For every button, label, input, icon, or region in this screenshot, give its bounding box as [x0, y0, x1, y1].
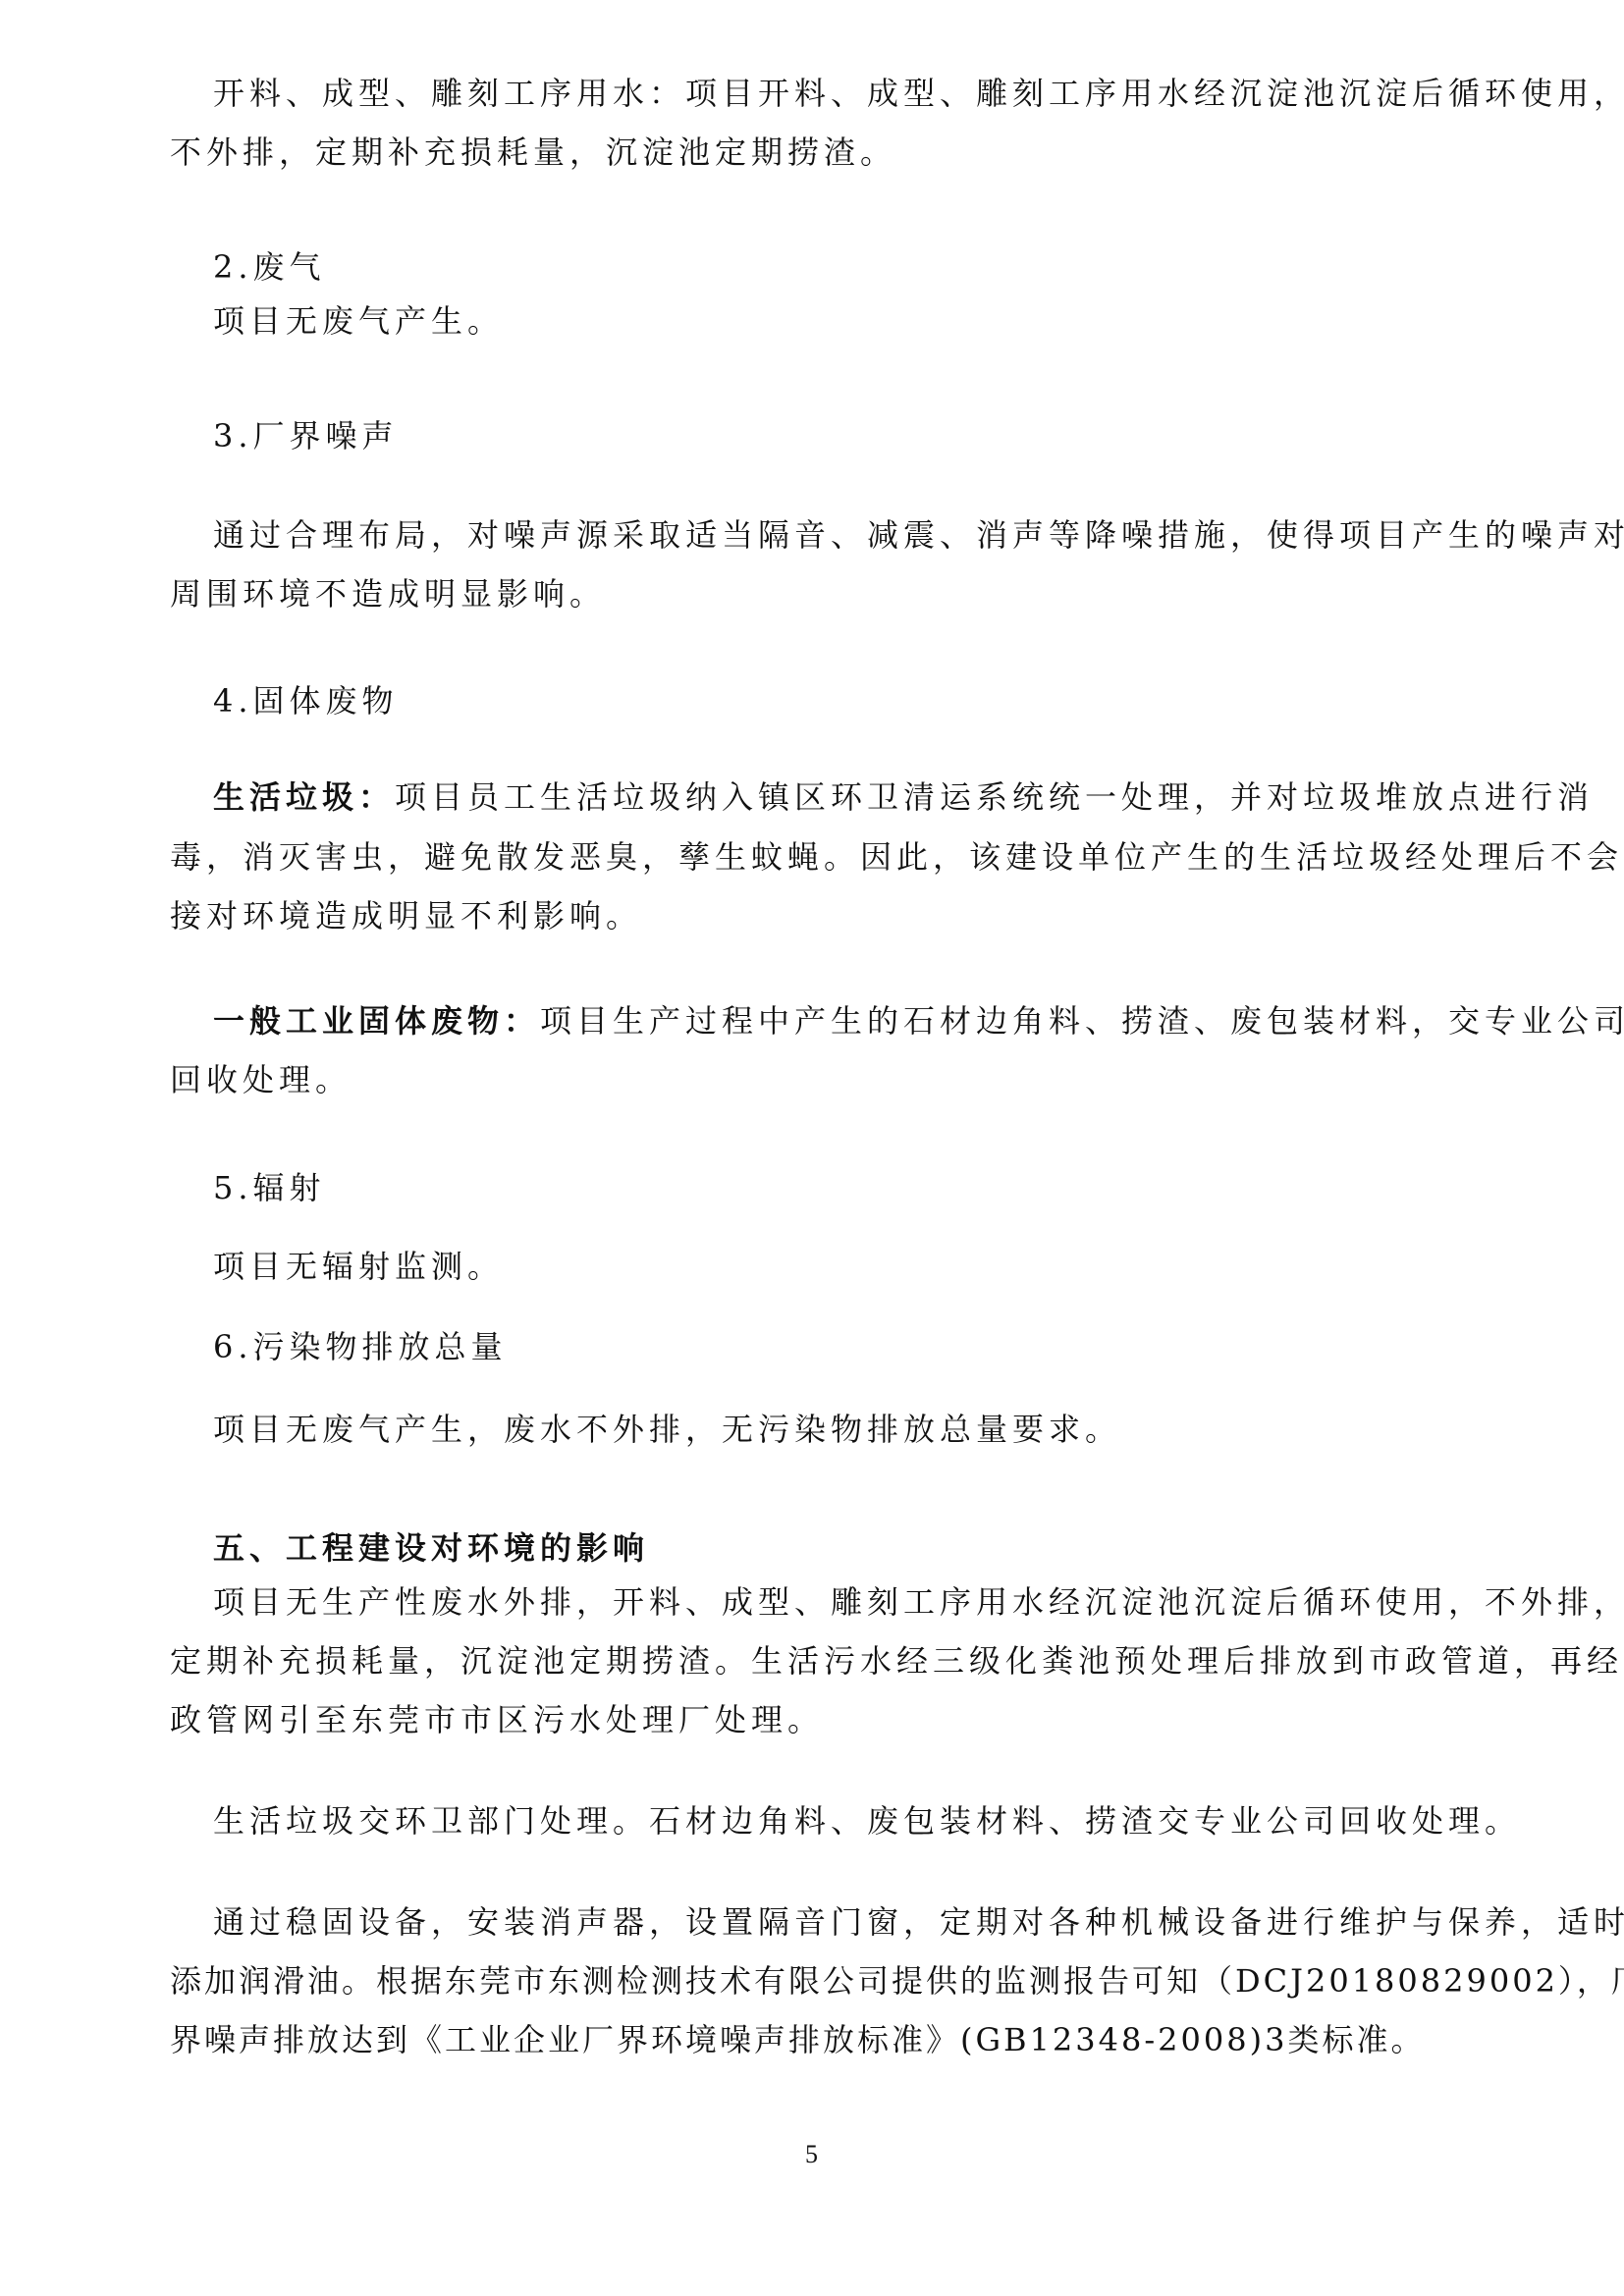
paragraph-line: 生活垃圾：项目员工生活垃圾纳入镇区环卫清运系统统一处理，并对垃圾堆放点进行消	[213, 777, 1594, 817]
label-domestic-waste: 生活垃圾：	[213, 778, 395, 816]
paragraph-line: 通过稳固设备，安装消声器，设置隔音门窗，定期对各种机械设备进行维护与保养，适时	[213, 1902, 1624, 1942]
paragraph-line: 通过合理布局，对噪声源采取适当隔音、减震、消声等降噪措施，使得项目产生的噪声对	[213, 515, 1624, 555]
paragraph-line: 项目无生产性废水外排，开料、成型、雕刻工序用水经沉淀池沉淀后循环使用，不外排，	[213, 1582, 1624, 1622]
paragraph-line: 一般工业固体废物：项目生产过程中产生的石材边角料、捞渣、废包装材料，交专业公司	[213, 1001, 1624, 1041]
paragraph-text: 项目员工生活垃圾纳入镇区环卫清运系统统一处理，并对垃圾堆放点进行消	[395, 778, 1594, 816]
subheading-total-emission: 6.污染物排放总量	[213, 1327, 508, 1366]
paragraph-text: 项目生产过程中产生的石材边角料、捞渣、废包装材料，交专业公司	[540, 1002, 1624, 1040]
paragraph-line: 毒，消灭害虫，避免散发恶臭，孳生蚊蝇。因此，该建设单位产生的生活垃圾经处理后不会…	[170, 837, 1624, 877]
paragraph-line: 开料、成型、雕刻工序用水：项目开料、成型、雕刻工序用水经沉淀池沉淀后循环使用，	[213, 74, 1624, 113]
paragraph-line: 项目无辐射监测。	[213, 1247, 504, 1286]
subheading-waste-gas: 2.废气	[213, 247, 326, 287]
label-industrial-waste: 一般工业固体废物：	[213, 1002, 540, 1040]
subheading-noise: 3.厂界噪声	[213, 416, 399, 455]
page-number: 5	[805, 2140, 818, 2169]
subheading-radiation: 5.辐射	[213, 1168, 326, 1207]
paragraph-line: 不外排，定期补充损耗量，沉淀池定期捞渣。	[170, 133, 896, 172]
paragraph-line: 政管网引至东莞市市区污水处理厂处理。	[170, 1700, 824, 1739]
section-heading: 五、工程建设对环境的影响	[213, 1528, 649, 1568]
paragraph-line: 回收处理。	[170, 1060, 352, 1099]
paragraph-line: 定期补充损耗量，沉淀池定期捞渣。生活污水经三级化粪池预处理后排放到市政管道，再经…	[170, 1641, 1624, 1681]
paragraph-line: 添加润滑油。根据东莞市东测检测技术有限公司提供的监测报告可知（DCJ201808…	[170, 1961, 1624, 2001]
paragraph-line: 项目无废气产生。	[213, 301, 504, 341]
paragraph-line: 周围环境不造成明显影响。	[170, 574, 606, 614]
paragraph-line: 项目无废气产生，废水不外排，无污染物排放总量要求。	[213, 1410, 1121, 1449]
paragraph-line: 生活垃圾交环卫部门处理。石材边角料、废包装材料、捞渣交专业公司回收处理。	[213, 1801, 1521, 1841]
paragraph-line: 界噪声排放达到《工业企业厂界环境噪声排放标准》(GB12348-2008)3类标…	[170, 2020, 1425, 2059]
paragraph-line: 接对环境造成明显不利影响。	[170, 896, 642, 935]
subheading-solid-waste: 4.固体废物	[213, 681, 399, 721]
